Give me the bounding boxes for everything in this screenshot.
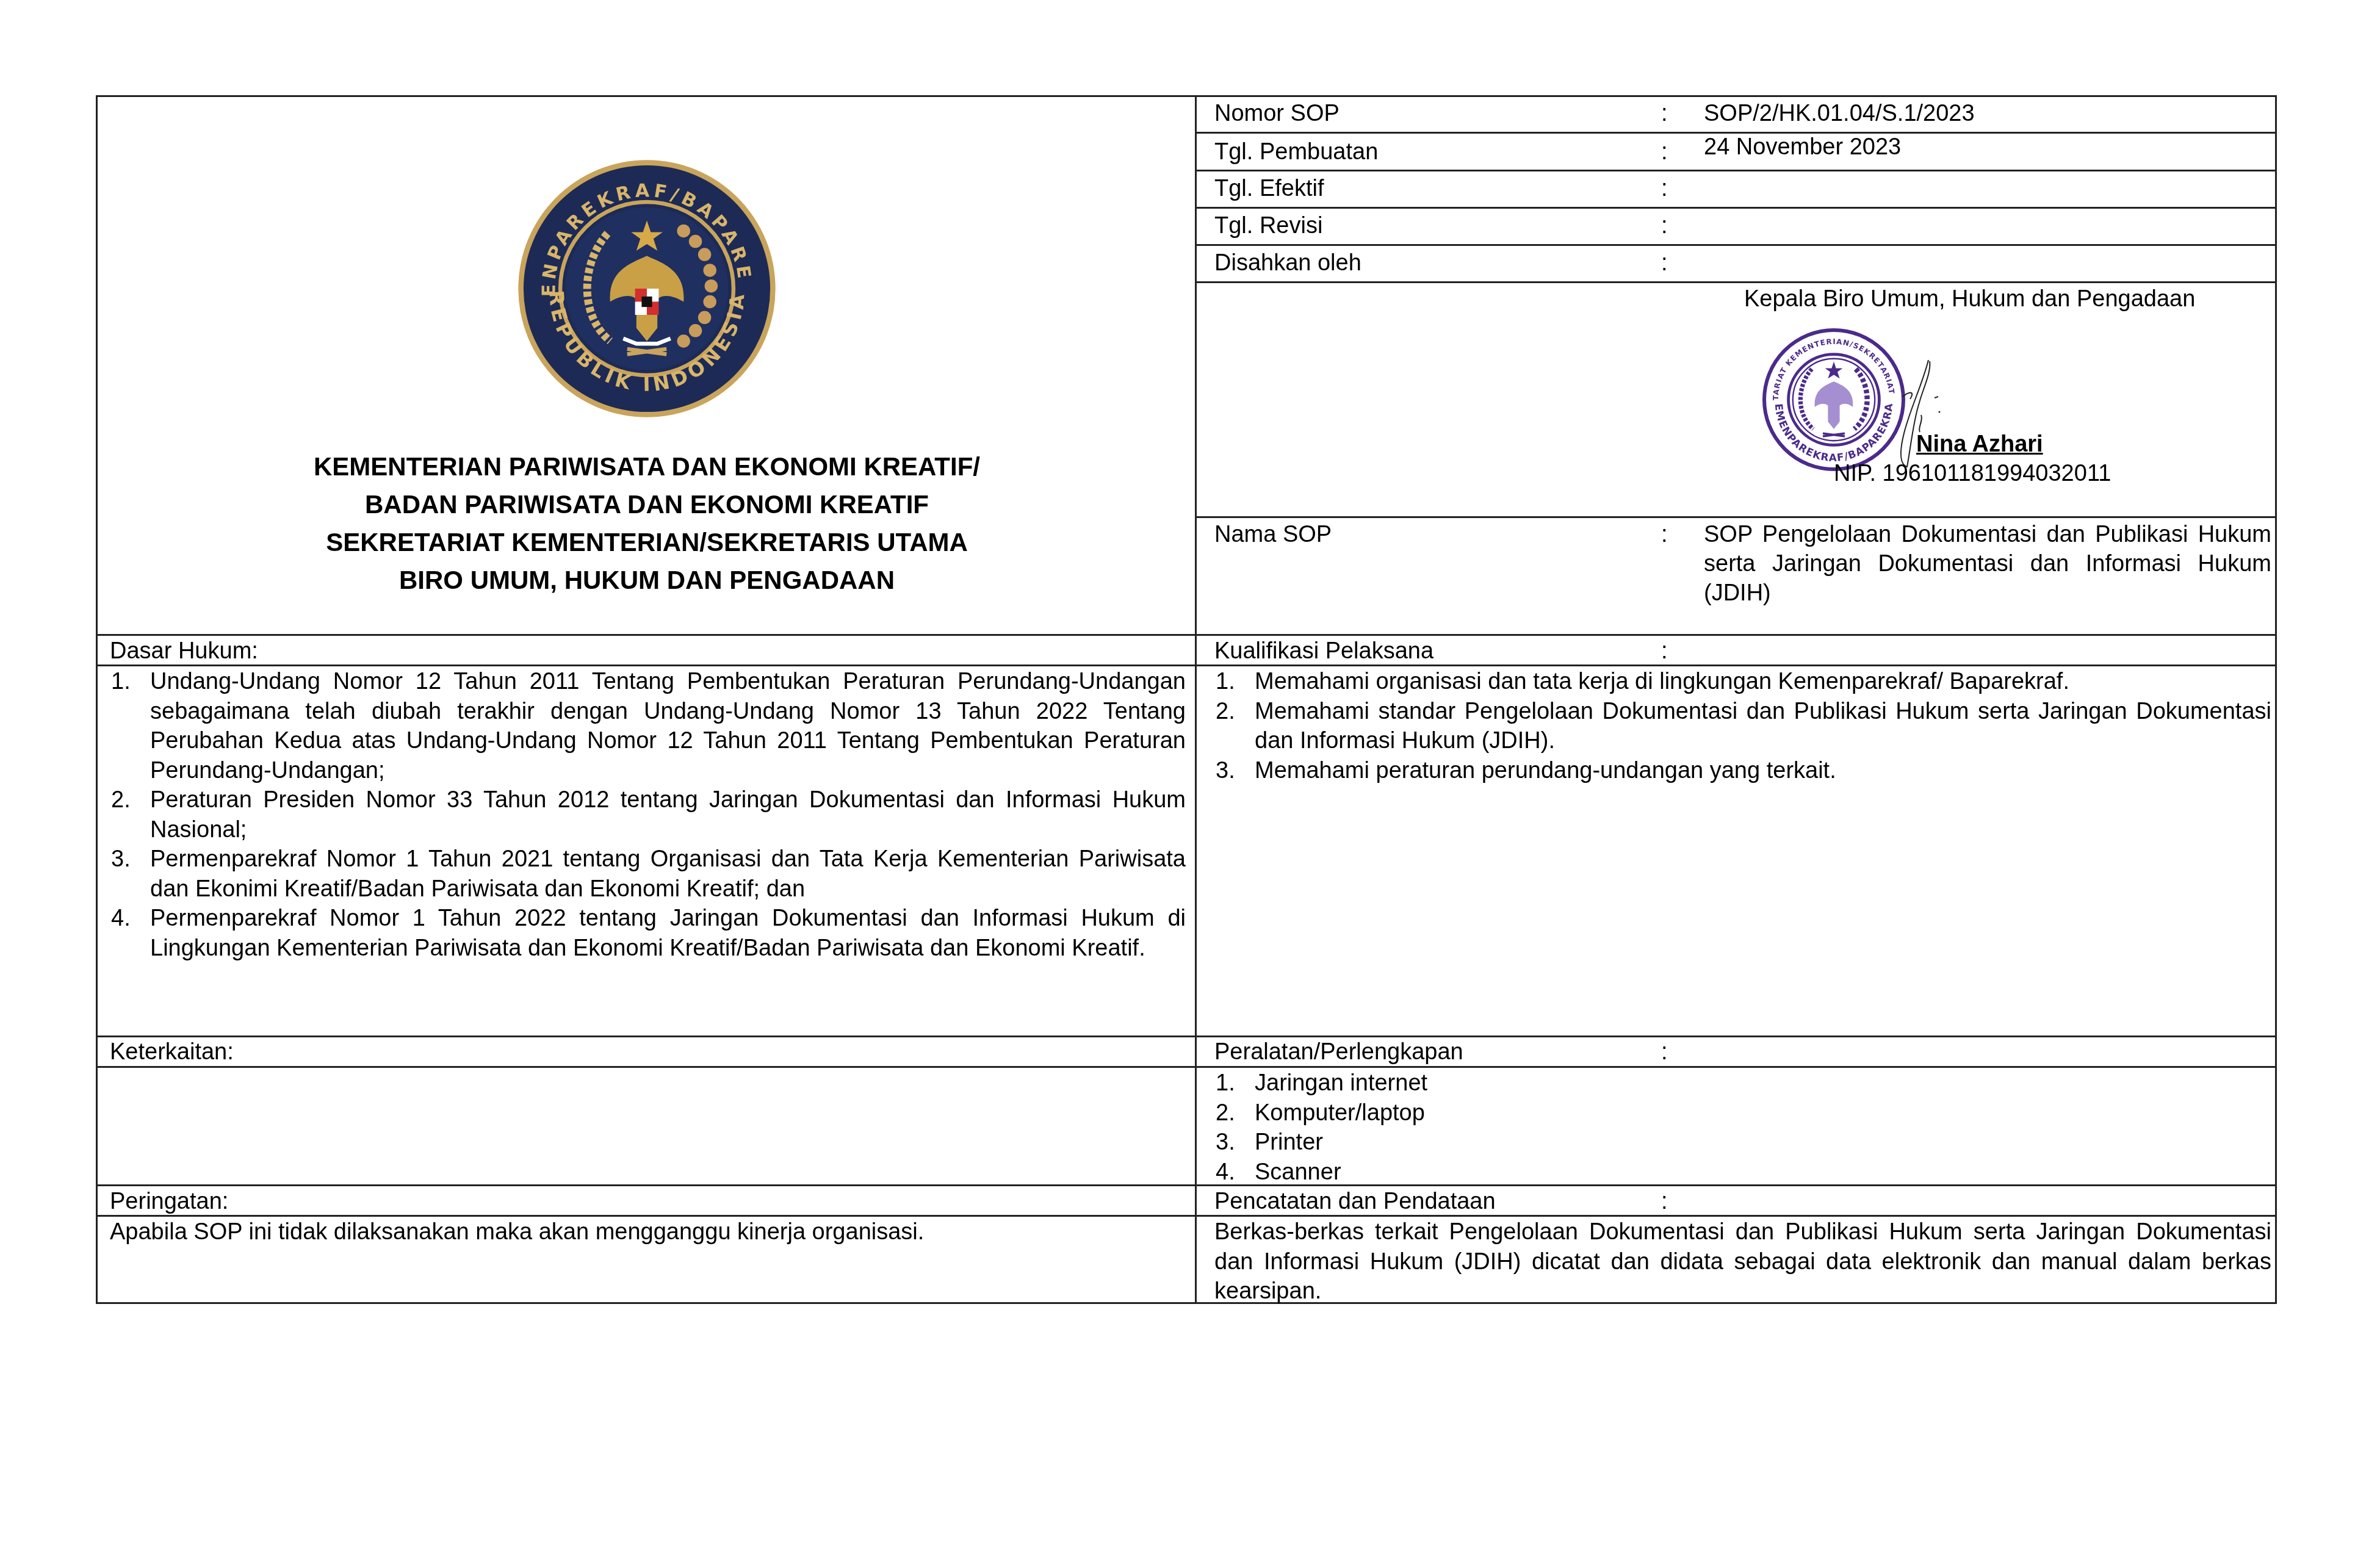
org-title-line-3: SEKRETARIAT KEMENTERIAN/SEKRETARIS UTAMA bbox=[98, 524, 1196, 561]
nama-sop-label: Nama SOP bbox=[1214, 520, 1332, 549]
row-divider bbox=[1195, 170, 2277, 171]
colon: : bbox=[1661, 99, 1668, 128]
pencatatan-label: Pencatatan dan Pendataan bbox=[1214, 1187, 1496, 1216]
row-divider bbox=[96, 1215, 2277, 1217]
approver-nip: NIP. 196101181994032011 bbox=[1834, 459, 2111, 488]
org-title-line-4: BIRO UMUM, HUKUM DAN PENGADAAN bbox=[98, 561, 1196, 599]
tgl-efektif-label: Tgl. Efektif bbox=[1214, 174, 1324, 203]
colon: : bbox=[1661, 211, 1668, 240]
list-item: 1.Memahami organisasi dan tata kerja di … bbox=[1214, 667, 2271, 697]
colon: : bbox=[1661, 636, 1668, 666]
row-divider bbox=[96, 1066, 2277, 1068]
peringatan-label: Peringatan: bbox=[110, 1187, 228, 1216]
row-divider bbox=[96, 665, 2277, 666]
approver-name: Nina Azhari bbox=[1916, 430, 2043, 459]
sop-document-page: KEMENPAREKRAF/BAPAREKRAF REPUBLIK INDONE… bbox=[0, 0, 2380, 1556]
colon: : bbox=[1661, 520, 1668, 549]
list-item: 3.Permenparekraf Nomor 1 Tahun 2021 tent… bbox=[110, 845, 1186, 904]
kemenparekraf-emblem-icon: KEMENPAREKRAF/BAPAREKRAF REPUBLIK INDONE… bbox=[516, 157, 778, 420]
row-divider bbox=[1195, 516, 2277, 518]
peralatan-label: Peralatan/Perlengkapan bbox=[1214, 1037, 1463, 1067]
nomor-sop-label: Nomor SOP bbox=[1214, 99, 1340, 128]
pencatatan-text: Berkas-berkas terkait Pengelolaan Dokume… bbox=[1214, 1217, 2271, 1306]
tgl-pembuatan-label: Tgl. Pembuatan bbox=[1214, 137, 1378, 167]
tgl-revisi-label: Tgl. Revisi bbox=[1214, 211, 1322, 240]
list-item: 1.Jaringan internet bbox=[1214, 1068, 2271, 1098]
peringatan-text: Apabila SOP ini tidak dilaksanakan maka … bbox=[110, 1217, 924, 1247]
colon: : bbox=[1661, 174, 1668, 203]
peralatan-list: 1.Jaringan internet 2.Komputer/laptop 3.… bbox=[1214, 1068, 2271, 1187]
row-divider bbox=[1195, 244, 2277, 246]
kualifikasi-list: 1.Memahami organisasi dan tata kerja di … bbox=[1214, 667, 2271, 785]
colon: : bbox=[1661, 248, 1668, 278]
row-divider bbox=[96, 1036, 2277, 1037]
disahkan-oleh-label: Disahkan oleh bbox=[1214, 248, 1361, 278]
list-item: 4.Scanner bbox=[1214, 1158, 2271, 1187]
colon: : bbox=[1661, 137, 1668, 167]
nomor-sop-value: SOP/2/HK.01.04/S.1/2023 bbox=[1704, 99, 1975, 128]
kualifikasi-label: Kualifikasi Pelaksana bbox=[1214, 636, 1433, 666]
list-item: 1.Undang-Undang Nomor 12 Tahun 2011 Tent… bbox=[110, 667, 1186, 785]
colon: : bbox=[1661, 1037, 1668, 1067]
dasar-hukum-list: 1.Undang-Undang Nomor 12 Tahun 2011 Tent… bbox=[110, 667, 1186, 963]
column-divider bbox=[1195, 95, 1197, 1304]
list-item: 2.Memahami standar Pengelolaan Dokumenta… bbox=[1214, 697, 2271, 756]
row-divider bbox=[1195, 281, 2277, 283]
list-item: 4.Permenparekraf Nomor 1 Tahun 2022 tent… bbox=[110, 904, 1186, 963]
approver-position: Kepala Biro Umum, Hukum dan Pengadaan bbox=[1744, 284, 2195, 314]
nama-sop-value: SOP Pengelolaan Dokumentasi dan Publikas… bbox=[1704, 520, 2271, 608]
row-divider bbox=[1195, 207, 2277, 209]
keterkaitan-label: Keterkaitan: bbox=[110, 1037, 234, 1067]
org-title-line-2: BADAN PARIWISATA DAN EKONOMI KREATIF bbox=[98, 486, 1196, 524]
list-item: 3.Memahami peraturan perundang-undangan … bbox=[1214, 756, 2271, 786]
tgl-pembuatan-value: 24 November 2023 bbox=[1704, 132, 1901, 162]
dasar-hukum-label: Dasar Hukum: bbox=[110, 636, 258, 666]
list-item: 2.Komputer/laptop bbox=[1214, 1098, 2271, 1128]
official-stamp-icon: SEKRETARIAT KEMENTERIAN/SEKRETARIAT UTAM… bbox=[1761, 326, 1907, 473]
row-divider bbox=[96, 634, 2277, 636]
list-item: 3.Printer bbox=[1214, 1128, 2271, 1158]
list-item: 2.Peraturan Presiden Nomor 33 Tahun 2012… bbox=[110, 785, 1186, 845]
org-title-line-1: KEMENTERIAN PARIWISATA DAN EKONOMI KREAT… bbox=[98, 448, 1196, 486]
colon: : bbox=[1661, 1187, 1668, 1216]
